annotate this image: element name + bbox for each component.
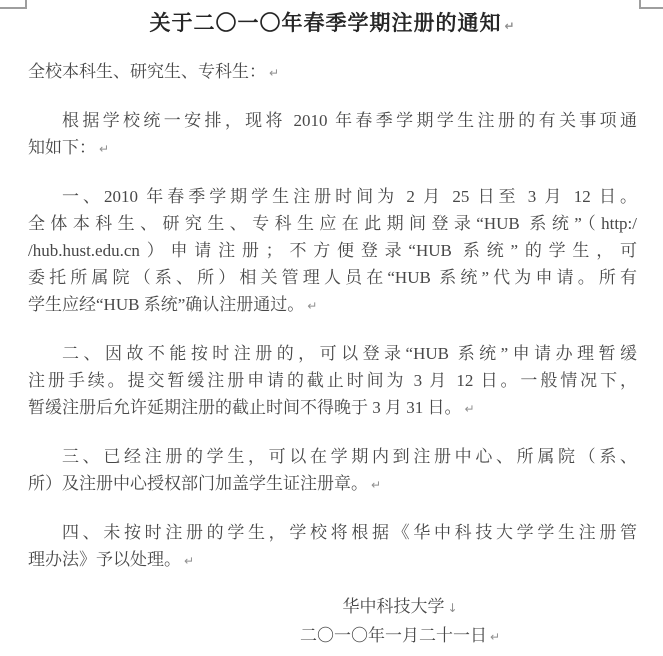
text-line-content: /hub.hust.edu.cn）申请注册；不方便登录“HUB 系统”的学生，可: [28, 241, 637, 260]
text-line: 注册手续。提交暂缓注册申请的截止时间为 3 月 12 日。一般情况下，: [28, 367, 637, 394]
text-line: 暂缓注册后允许延期注册的截止时间不得晚于 3 月 31 日。↵: [28, 394, 637, 423]
document-page: 关于二〇一〇年春季学期注册的通知↵ 全校本科生、研究生、专科生：↵根据学校统一安…: [0, 0, 663, 656]
paragraph-mark: ↵: [307, 299, 317, 313]
body-paragraph: 二、因故不能按时注册的，可以登录“HUB 系统”申请办理暂缓注册手续。提交暂缓注…: [28, 340, 637, 423]
text-line-content: 全校本科生、研究生、专科生：: [28, 62, 266, 81]
paragraph-mark: ↵: [504, 19, 515, 33]
text-line: 全校本科生、研究生、专科生：↵: [28, 58, 637, 87]
signature-block: 华中科技大学↓二〇一〇年一月二十一日↵: [163, 593, 637, 651]
text-line: 二、因故不能按时注册的，可以登录“HUB 系统”申请办理暂缓: [28, 340, 637, 367]
signature-text: 二〇一〇年一月二十一日: [300, 626, 487, 645]
document-title-text: 关于二〇一〇年春季学期注册的通知: [149, 11, 501, 35]
paragraph-mark: ↵: [465, 402, 475, 416]
text-line-content: 理办法》予以处理。: [28, 550, 181, 569]
signature-name: 华中科技大学↓: [163, 593, 637, 622]
paragraph-mark: ↵: [99, 142, 109, 156]
text-line: 一、2010 年春季学期学生注册时间为 2 月 25 日至 3 月 12 日。: [28, 183, 637, 210]
text-line-content: 四、未按时注册的学生，学校将根据《华中科技大学学生注册管: [62, 523, 637, 542]
text-line-content: 注册手续。提交暂缓注册申请的截止时间为 3 月 12 日。一般情况下，: [28, 371, 637, 390]
text-line: /hub.hust.edu.cn）申请注册；不方便登录“HUB 系统”的学生，可: [28, 237, 637, 264]
text-line: 全体本科生、研究生、专科生应在此期间登录“HUB 系统”（http:/: [28, 210, 637, 237]
notice-document: 关于二〇一〇年春季学期注册的通知↵ 全校本科生、研究生、专科生：↵根据学校统一安…: [0, 0, 663, 651]
text-line: 三、已经注册的学生，可以在学期内到注册中心、所属院（系、: [28, 443, 637, 470]
text-line: 委托所属院（系、所）相关管理人员在“HUB 系统”代为申请。所有: [28, 264, 637, 291]
document-body: 全校本科生、研究生、专科生：↵根据学校统一安排，现将 2010 年春季学期学生注…: [28, 58, 637, 575]
text-line-content: 全体本科生、研究生、专科生应在此期间登录“HUB 系统”（http:/: [28, 214, 637, 233]
text-line: 根据学校统一安排，现将 2010 年春季学期学生注册的有关事项通: [28, 107, 637, 134]
line-break-mark: ↓: [447, 601, 457, 615]
text-line: 知如下：↵: [28, 134, 637, 163]
text-line: 四、未按时注册的学生，学校将根据《华中科技大学学生注册管: [28, 519, 637, 546]
signature-date: 二〇一〇年一月二十一日↵: [163, 622, 637, 651]
text-line: 理办法》予以处理。↵: [28, 546, 637, 575]
text-line: 所）及注册中心授权部门加盖学生证注册章。↵: [28, 470, 637, 499]
text-line-content: 委托所属院（系、所）相关管理人员在“HUB 系统”代为申请。所有: [28, 268, 637, 287]
paragraph-mark: ↵: [490, 630, 500, 644]
body-paragraph: 一、2010 年春季学期学生注册时间为 2 月 25 日至 3 月 12 日。全…: [28, 183, 637, 320]
text-line-content: 三、已经注册的学生，可以在学期内到注册中心、所属院（系、: [62, 447, 637, 466]
body-paragraph: 三、已经注册的学生，可以在学期内到注册中心、所属院（系、所）及注册中心授权部门加…: [28, 443, 637, 499]
signature-text: 华中科技大学: [342, 597, 444, 616]
body-paragraph: 四、未按时注册的学生，学校将根据《华中科技大学学生注册管理办法》予以处理。↵: [28, 519, 637, 575]
text-line-content: 所）及注册中心授权部门加盖学生证注册章。: [28, 474, 368, 493]
salutation: 全校本科生、研究生、专科生：↵: [28, 58, 637, 87]
document-title: 关于二〇一〇年春季学期注册的通知↵: [28, 8, 637, 41]
text-line-content: 暂缓注册后允许延期注册的截止时间不得晚于 3 月 31 日。: [28, 398, 462, 417]
paragraph-mark: ↵: [269, 66, 279, 80]
text-line-content: 一、2010 年春季学期学生注册时间为 2 月 25 日至 3 月 12 日。: [62, 187, 637, 206]
text-line-content: 知如下：: [28, 138, 96, 157]
text-line: 学生应经“HUB 系统”确认注册通过。↵: [28, 291, 637, 320]
paragraph-mark: ↵: [184, 554, 194, 568]
text-line-content: 根据学校统一安排，现将 2010 年春季学期学生注册的有关事项通: [62, 111, 637, 130]
paragraph-mark: ↵: [371, 478, 381, 492]
text-line-content: 二、因故不能按时注册的，可以登录“HUB 系统”申请办理暂缓: [62, 344, 637, 363]
text-line-content: 学生应经“HUB 系统”确认注册通过。: [28, 295, 304, 314]
body-paragraph: 根据学校统一安排，现将 2010 年春季学期学生注册的有关事项通知如下：↵: [28, 107, 637, 163]
